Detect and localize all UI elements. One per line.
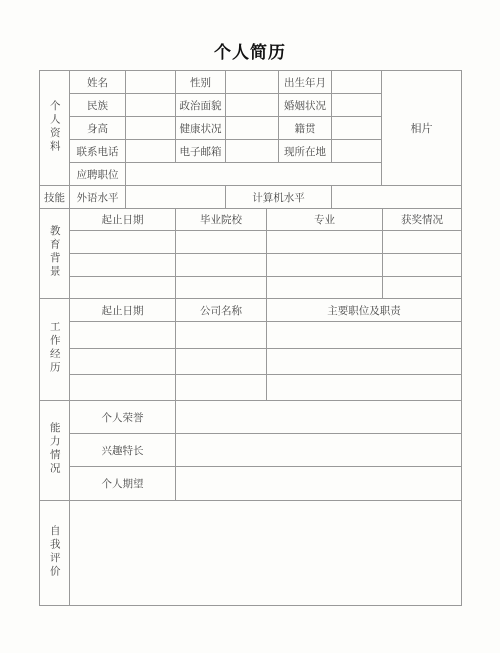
label-email: 电子邮箱 [176,140,226,163]
field-height[interactable] [126,117,176,140]
label-native-place: 籍贯 [279,117,332,140]
field-email[interactable] [226,140,279,163]
label-language: 外语水平 [70,186,126,209]
photo-box[interactable]: 相片 [382,71,462,186]
edu-cell[interactable] [176,231,267,254]
field-honors[interactable] [176,401,462,434]
edu-cell[interactable] [176,254,267,277]
label-height: 身高 [70,117,126,140]
page-title: 个人简历 [0,38,500,63]
edu-header-dates: 起止日期 [70,209,176,231]
edu-cell[interactable] [383,277,462,299]
self-eval-table: 自我评价 [39,500,462,606]
field-birth[interactable] [332,71,382,94]
education-table: 教育背景 起止日期 毕业院校 专业 获奖情况 [39,208,462,299]
field-computer[interactable] [332,186,462,209]
edu-cell[interactable] [267,254,383,277]
edu-cell[interactable] [70,231,176,254]
edu-cell[interactable] [267,231,383,254]
label-marital: 婚姻状况 [279,94,332,117]
ability-table: 能力情况 个人荣誉 兴趣特长 个人期望 [39,400,462,501]
field-position[interactable] [126,163,382,186]
field-political[interactable] [226,94,279,117]
field-native-place[interactable] [332,117,382,140]
field-marital[interactable] [332,94,382,117]
section-label-self-eval: 自我评价 [40,501,70,606]
work-cell[interactable] [70,349,176,375]
edu-cell[interactable] [70,254,176,277]
edu-cell[interactable] [383,231,462,254]
field-hobbies[interactable] [176,434,462,467]
label-computer: 计算机水平 [226,186,332,209]
label-hobbies: 兴趣特长 [70,434,176,467]
section-label-ability: 能力情况 [40,401,70,501]
edu-cell[interactable] [70,277,176,299]
edu-header-school: 毕业院校 [176,209,267,231]
field-language[interactable] [126,186,226,209]
work-cell[interactable] [267,322,462,349]
edu-cell[interactable] [176,277,267,299]
work-header-company: 公司名称 [176,299,267,322]
field-ethnicity[interactable] [126,94,176,117]
edu-header-major: 专业 [267,209,383,231]
label-phone: 联系电话 [70,140,126,163]
label-health: 健康状况 [176,117,226,140]
section-label-education: 教育背景 [40,209,70,299]
field-phone[interactable] [126,140,176,163]
work-cell[interactable] [176,322,267,349]
label-name: 姓名 [70,71,126,94]
section-label-work: 工作经历 [40,299,70,401]
work-header-duties: 主要职位及职责 [267,299,462,322]
label-political: 政治面貌 [176,94,226,117]
work-cell[interactable] [70,375,176,401]
work-header-dates: 起止日期 [70,299,176,322]
work-table: 工作经历 起止日期 公司名称 主要职位及职责 [39,298,462,401]
work-cell[interactable] [267,375,462,401]
field-self-eval[interactable] [70,501,462,606]
work-cell[interactable] [176,375,267,401]
label-ethnicity: 民族 [70,94,126,117]
label-gender: 性别 [176,71,226,94]
resume-table: 个人资料 姓名 性别 出生年月 相片 民族 政治面貌 婚姻状况 身高 健康状况 … [39,70,462,209]
section-label-personal: 个人资料 [40,71,70,186]
edu-header-awards: 获奖情况 [383,209,462,231]
field-health[interactable] [226,117,279,140]
edu-cell[interactable] [383,254,462,277]
field-residence[interactable] [332,140,382,163]
field-expectation[interactable] [176,467,462,501]
work-cell[interactable] [176,349,267,375]
label-honors: 个人荣誉 [70,401,176,434]
work-cell[interactable] [70,322,176,349]
field-name[interactable] [126,71,176,94]
edu-cell[interactable] [267,277,383,299]
label-birth: 出生年月 [279,71,332,94]
label-expectation: 个人期望 [70,467,176,501]
work-cell[interactable] [267,349,462,375]
field-gender[interactable] [226,71,279,94]
label-residence: 现所在地 [279,140,332,163]
section-label-skills: 技能 [40,186,70,209]
label-position: 应聘职位 [70,163,126,186]
